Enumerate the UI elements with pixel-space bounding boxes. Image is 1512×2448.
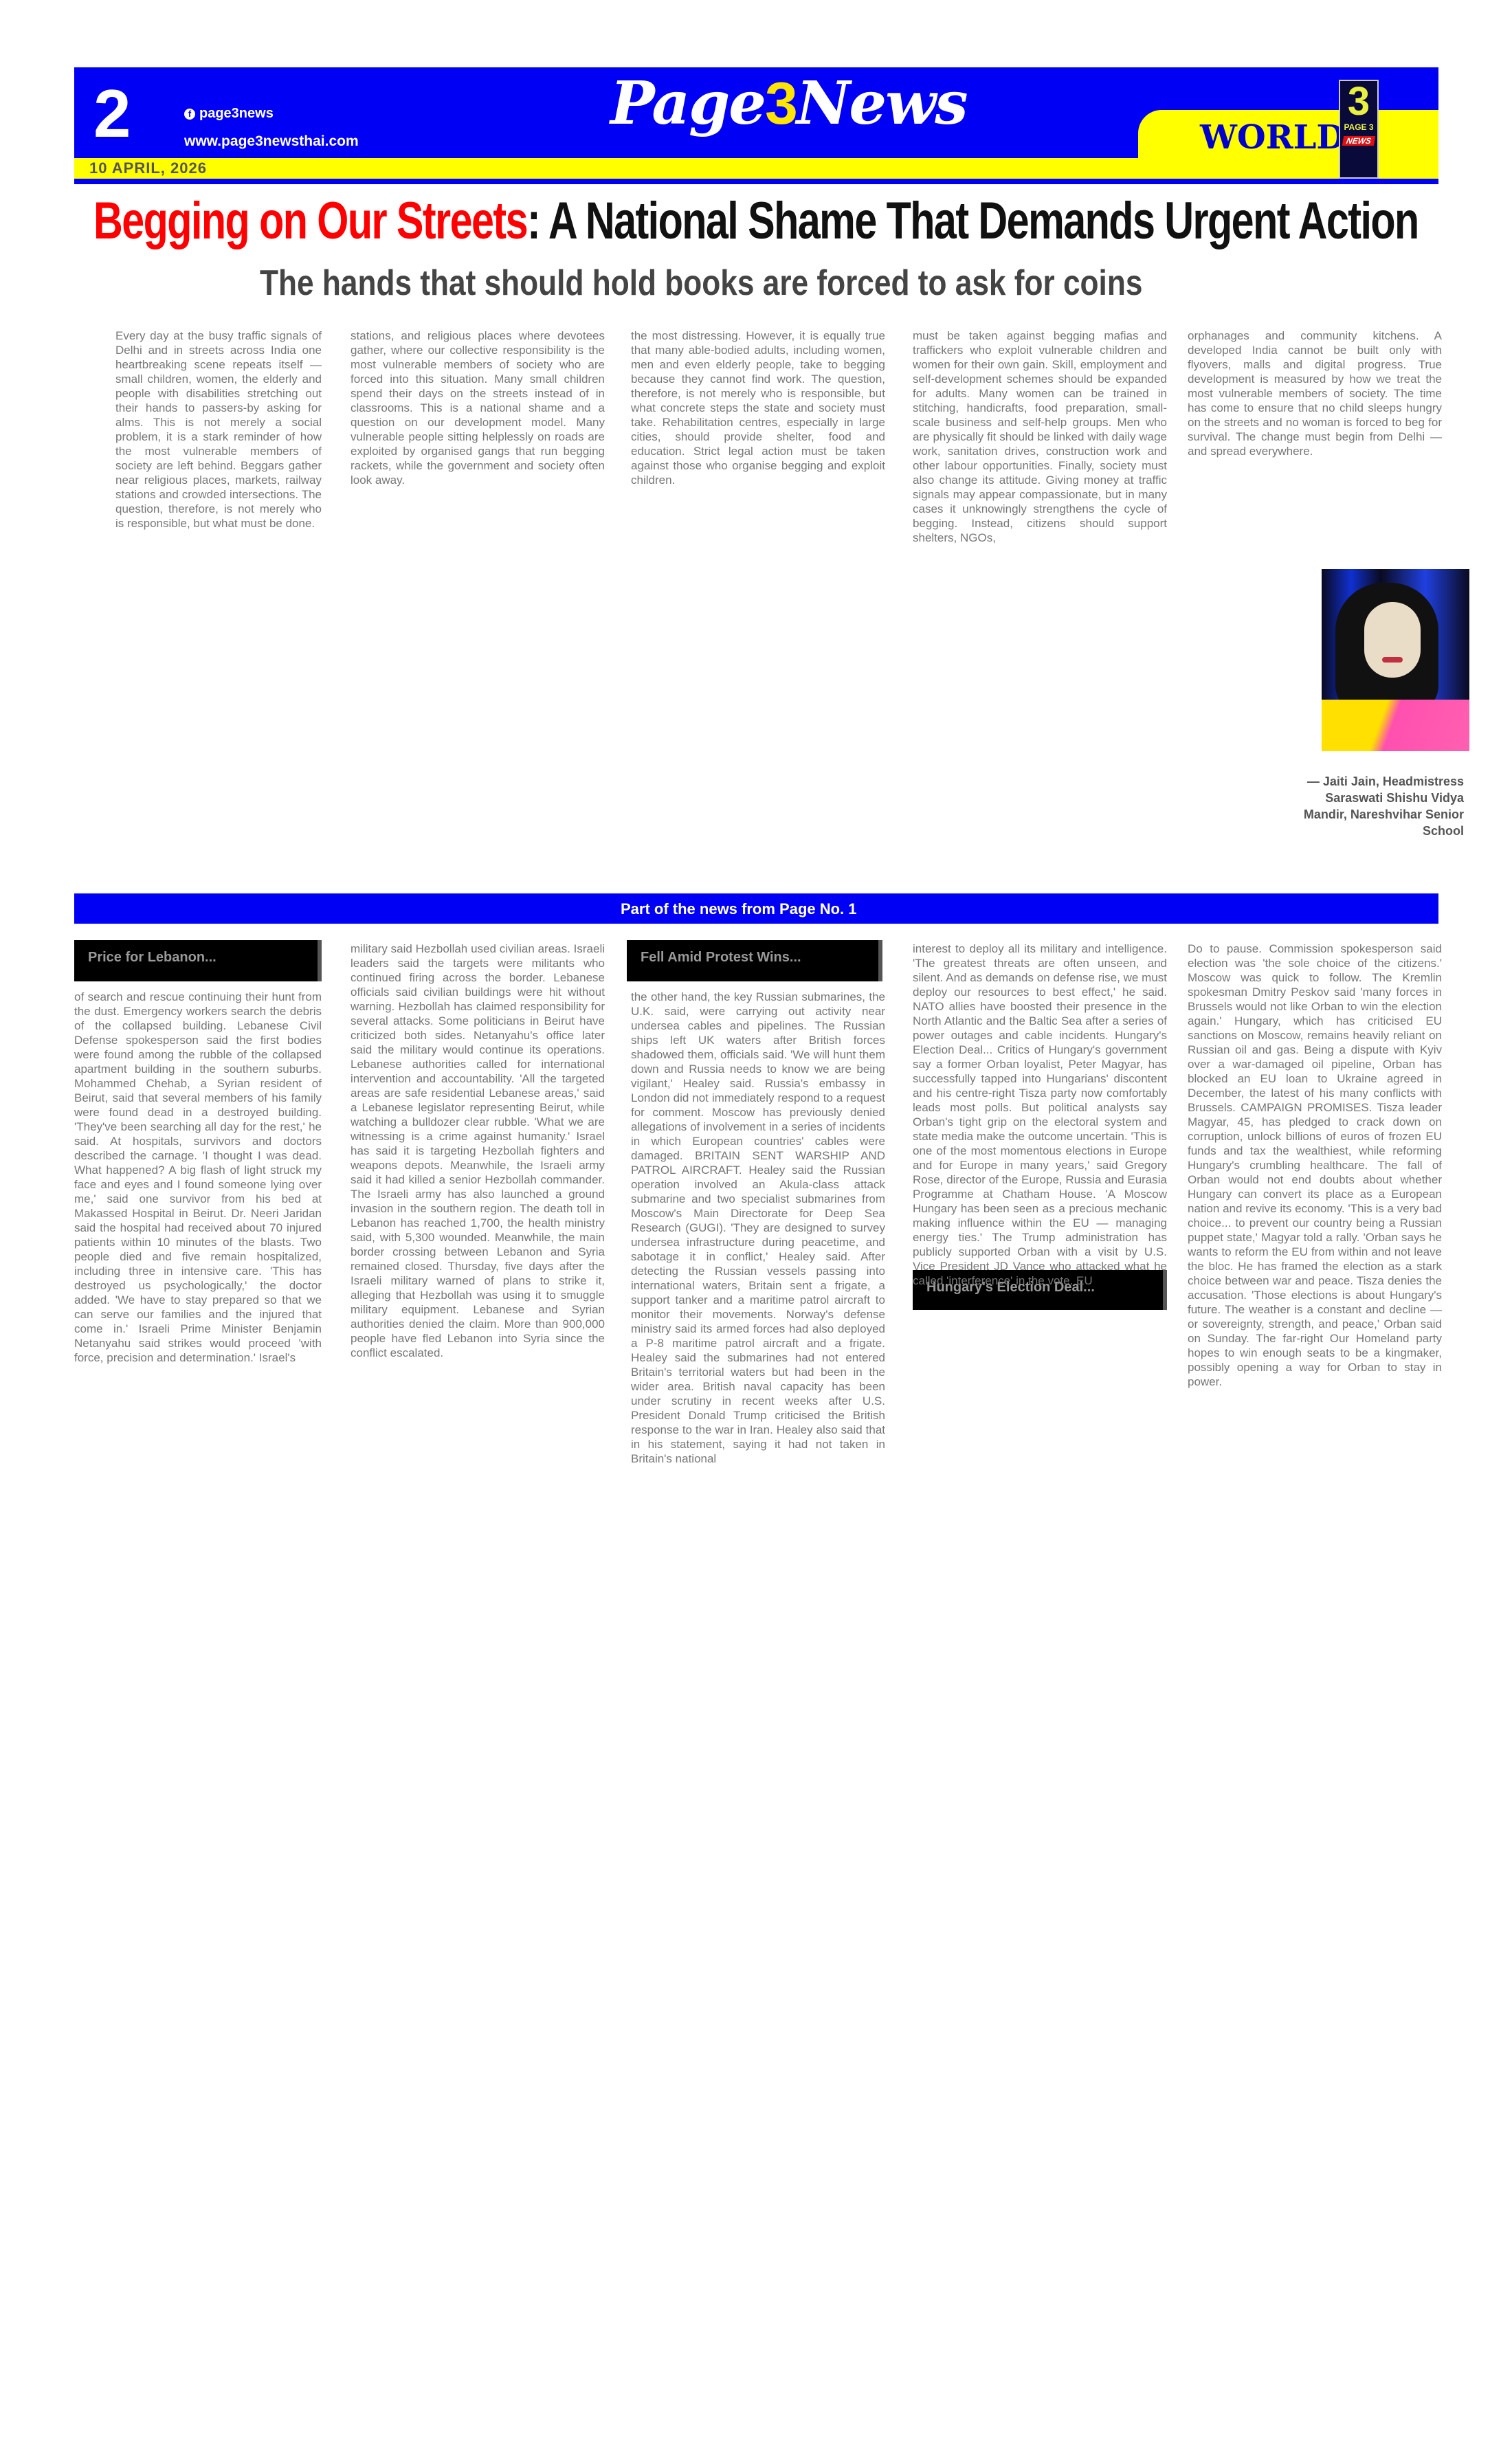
page3news-logo: Page3News	[610, 74, 967, 133]
lower-column-3: the other hand, the key Russian submarin…	[631, 990, 885, 2378]
lower-column-5: Do to pause. Commission spokesperson sai…	[1188, 942, 1442, 2378]
author-byline: — Jaiti Jain, Headmistress Saraswati Shi…	[1189, 773, 1464, 839]
author-photo	[1322, 569, 1469, 751]
story-label-2: Fell Amid Protest Wins...	[627, 940, 882, 981]
article-column-2: stations, and religious places where dev…	[351, 329, 605, 885]
issue-date: 10 APRIL, 2026	[89, 159, 207, 177]
page-number: 2	[93, 80, 131, 147]
article-column-1: Every day at the busy traffic signals of…	[115, 329, 322, 885]
masthead: 2 fpage3news www.page3newsthai.com 10 AP…	[74, 67, 1438, 179]
continuation-label: Part of the news from Page No. 1	[621, 900, 857, 918]
facebook-handle[interactable]: fpage3news	[184, 106, 274, 122]
story-label-1: Price for Lebanon...	[74, 940, 322, 981]
masthead-rule	[74, 179, 1438, 184]
continuation-bar: Part of the news from Page No. 1	[74, 893, 1438, 924]
article-column-5: orphanages and community kitchens. A dev…	[1188, 329, 1442, 562]
section-label: WORLD	[1200, 118, 1345, 157]
article-column-3: the most distressing. However, it is equ…	[631, 329, 885, 885]
page-headline: Begging on Our Streets: A National Shame…	[93, 195, 1419, 247]
facebook-icon: f	[184, 109, 195, 120]
section-tab: WORLD	[1138, 110, 1438, 179]
sub-headline: The hands that should hold books are for…	[260, 263, 1142, 304]
article-column-4: must be taken against begging mafias and…	[913, 329, 1167, 885]
lower-column-1: of search and rescue continuing their hu…	[74, 990, 322, 2378]
page3-badge-icon: 3 PAGE 3 NEWS	[1339, 80, 1379, 179]
lower-column-4: interest to deploy all its military and …	[913, 942, 1167, 2378]
lower-column-2: military said Hezbollah used civilian ar…	[351, 942, 605, 2378]
website-link[interactable]: www.page3newsthai.com	[184, 133, 359, 150]
